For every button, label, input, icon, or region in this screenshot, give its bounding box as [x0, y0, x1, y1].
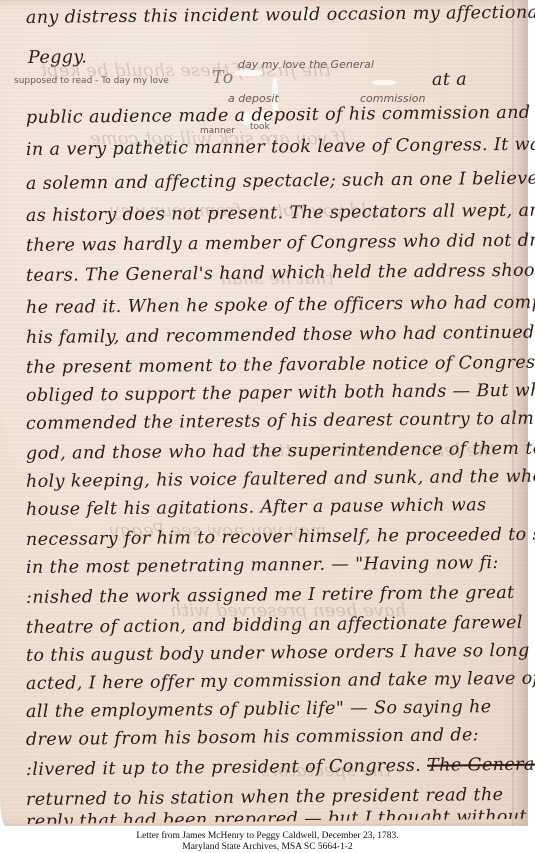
manuscript-line: reply that had been prepared — but I tho…	[26, 807, 527, 832]
caption-line-1: Letter from James McHenry to Peggy Caldw…	[0, 831, 535, 842]
manuscript-line: returned to his station when the preside…	[26, 785, 504, 810]
interlinear-note: day my love the General	[238, 58, 374, 71]
manuscript-line: any distress this incident would occasio…	[26, 2, 535, 28]
interlinear-note: manner	[200, 126, 235, 136]
manuscript-page: the first of these should be kept If you…	[0, 0, 528, 826]
manuscript-line: house felt his agitations. After a pause…	[26, 495, 487, 520]
manuscript-line: as history does not present. The spectat…	[26, 200, 535, 226]
manuscript-line: he read it. When he spoke of the officer…	[26, 292, 535, 318]
line-text: :livered it up to the president of Congr…	[26, 756, 421, 780]
manuscript-line: :nished the work assigned me I retire fr…	[26, 583, 515, 608]
manuscript-line: public audience made a deposit of his co…	[26, 103, 531, 128]
margin-note: supposed to read - To day my love	[14, 76, 169, 86]
manuscript-line: necessary for him to recover himself, he…	[26, 524, 535, 550]
caption-line-2: Maryland State Archives, MSA SC 5664-1-2	[0, 842, 535, 853]
manuscript-line: a solemn and affecting spectacle; such a…	[26, 169, 535, 194]
manuscript-line: drew out from his bosom his commission a…	[26, 725, 479, 750]
manuscript-line: all the employments of public life" — So…	[26, 697, 492, 722]
manuscript-line: to this august body under whose orders I…	[26, 641, 530, 666]
manuscript-line: :livered it up to the president of Congr…	[26, 755, 535, 780]
paper-tear	[372, 80, 396, 85]
manuscript-line: To	[212, 68, 234, 88]
manuscript-line: tears. The General's hand which held the…	[26, 260, 535, 286]
manuscript-line: in the most penetrating manner. — "Havin…	[26, 553, 499, 578]
manuscript-line: in a very pathetic manner took leave of …	[26, 135, 535, 160]
manuscript-line: commended the interests of his dearest c…	[26, 408, 535, 434]
manuscript-line: obliged to support the paper with both h…	[26, 380, 535, 406]
manuscript-line: theatre of action, and bidding an affect…	[26, 613, 523, 638]
manuscript-line: Peggy.	[28, 47, 87, 68]
interlinear-note: commission	[360, 92, 425, 105]
manuscript-line: holy keeping, his voice faultered and su…	[26, 466, 535, 492]
interlinear-note: a deposit	[228, 92, 279, 105]
manuscript-line: acted, I here offer my commission and ta…	[26, 669, 535, 694]
manuscript-line: there was hardly a member of Congress wh…	[26, 230, 535, 256]
manuscript-line: his family, and recommended those who ha…	[26, 322, 535, 348]
manuscript-line: the present moment to the favorable noti…	[26, 352, 535, 378]
manuscript-line: at a	[432, 70, 467, 90]
interlinear-note: took	[250, 122, 270, 132]
struck-text: The General	[427, 755, 535, 776]
